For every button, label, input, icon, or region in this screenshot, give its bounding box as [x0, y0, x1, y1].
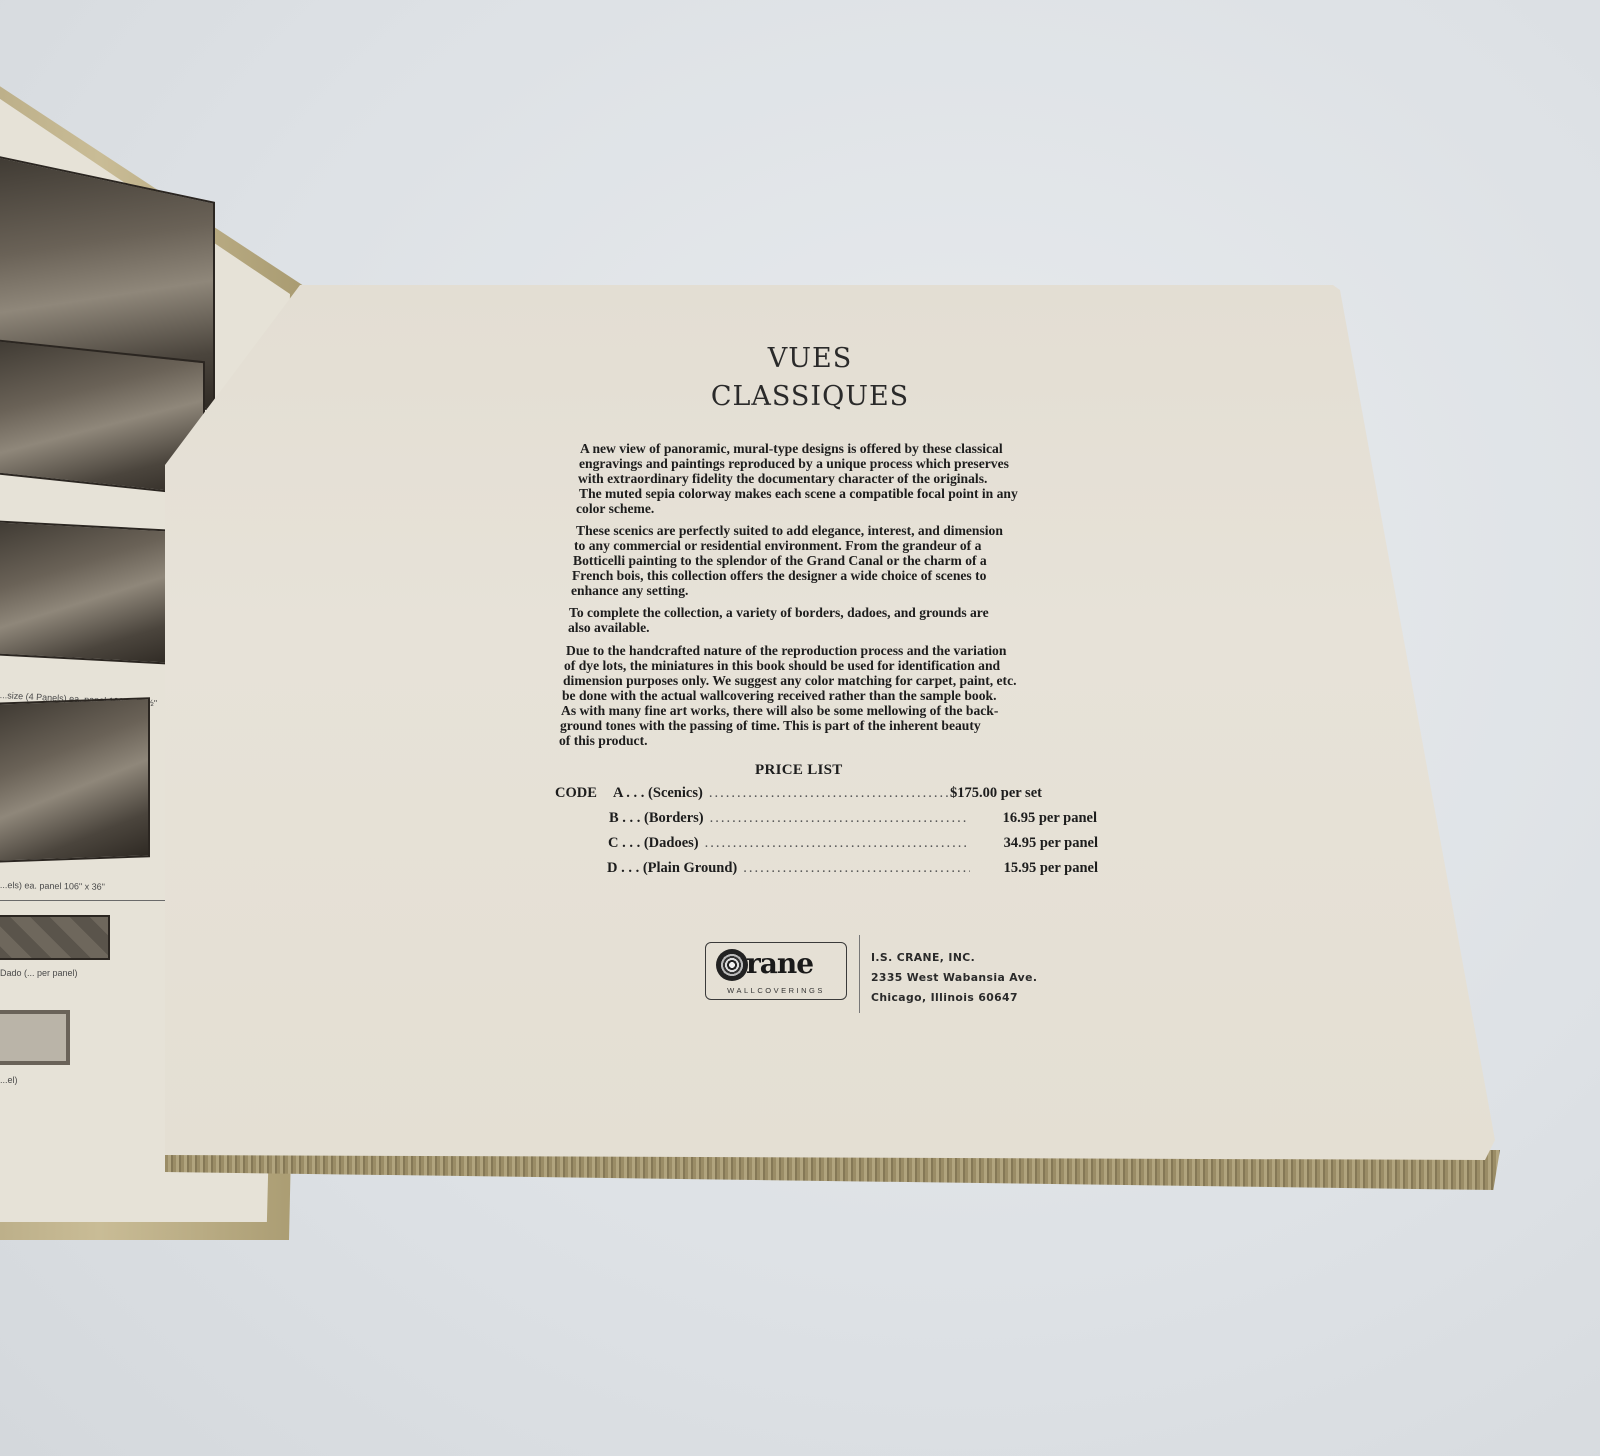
thumbnail-caption: ...el) [0, 1075, 18, 1085]
thumbnail-caption: ...els) ea. panel 106" x 36" [0, 880, 105, 892]
architecture-thumbnail [0, 697, 150, 863]
river-scene-thumbnail [0, 520, 175, 665]
dado-border-thumbnail [0, 915, 110, 960]
main-page [165, 285, 1500, 1160]
thumbnail-caption: Dado (... per panel) [0, 968, 78, 978]
panel-dado-thumbnail [0, 1010, 70, 1065]
divider [0, 900, 165, 901]
